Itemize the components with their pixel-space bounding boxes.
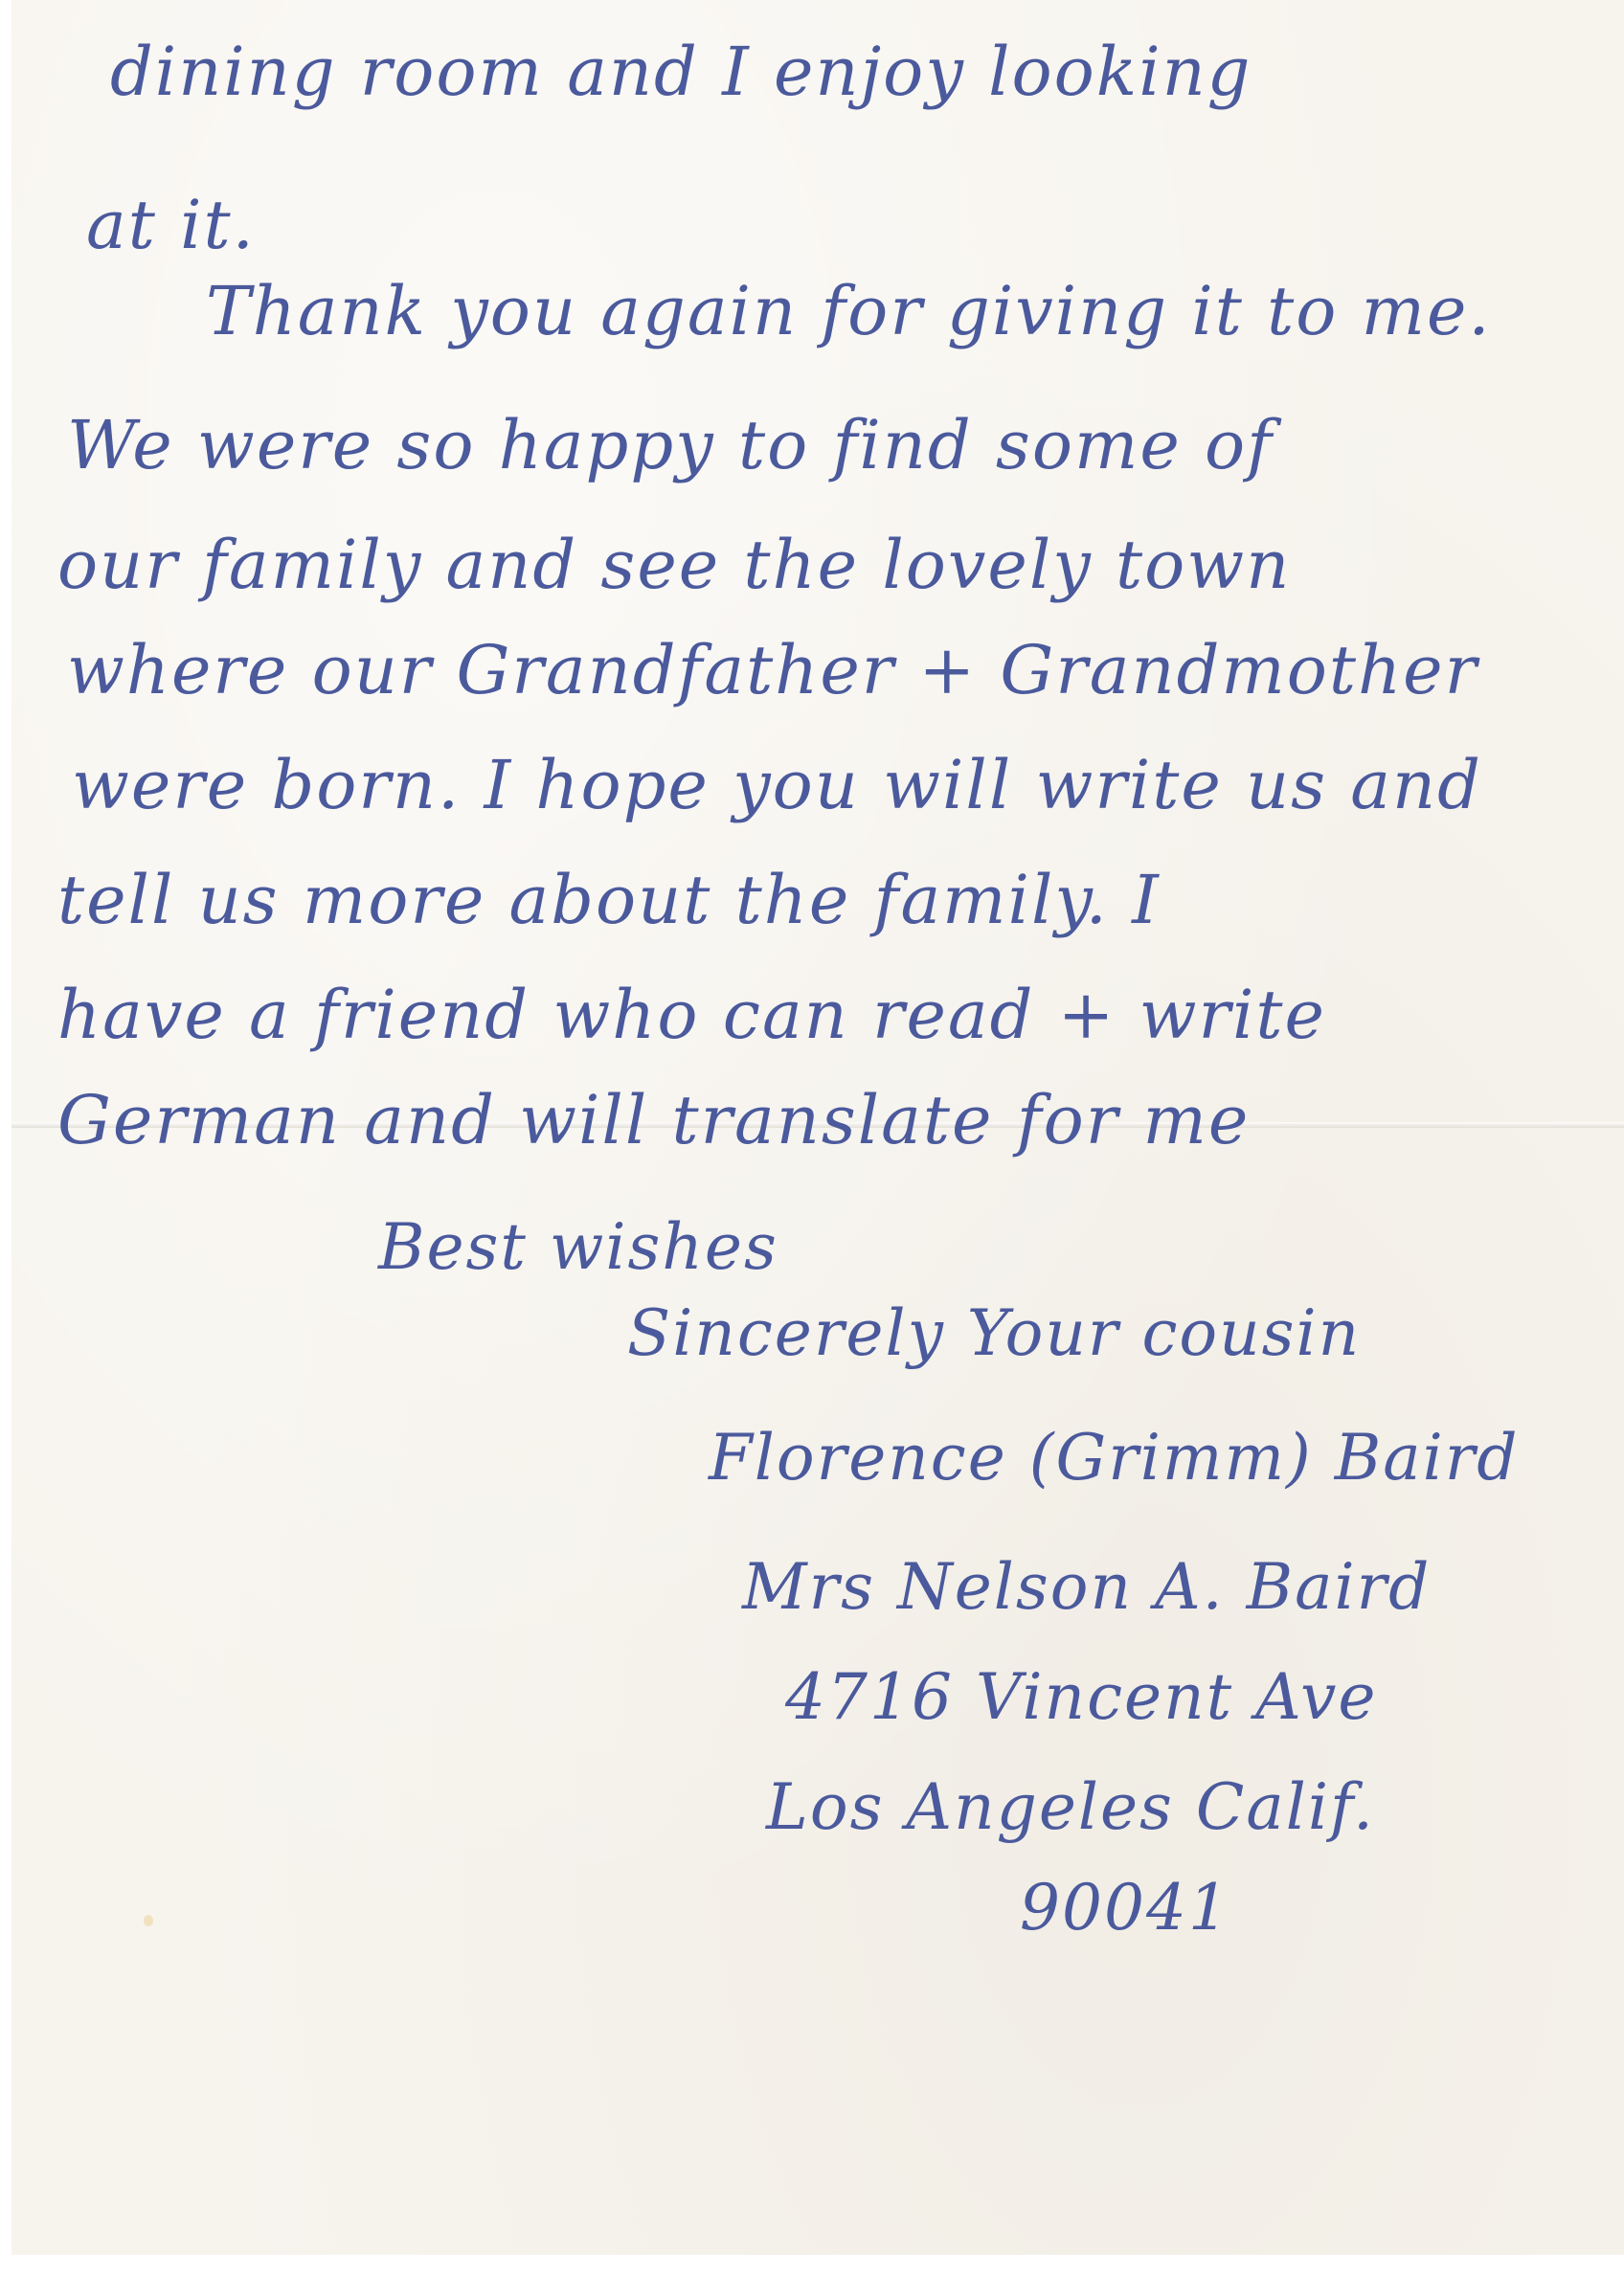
scanned-letter: dining room and I enjoy looking at it. T… [0, 0, 1624, 2294]
letter-line-4: We were so happy to find some of [67, 412, 1274, 479]
letter-line-5: our family and see the lovely town [57, 531, 1291, 598]
closing-salutation: Best wishes [378, 1216, 778, 1279]
closing-valediction: Sincerely Your cousin [627, 1302, 1361, 1365]
letter-line-8: tell us more about the family. I [57, 866, 1161, 933]
signature-name: Florence (Grimm) Baird [709, 1427, 1520, 1490]
address-zip: 90041 [1020, 1877, 1230, 1940]
letter-line-10: German and will translate for me [57, 1087, 1250, 1154]
letter-line-9: have a friend who can read + write [57, 981, 1326, 1048]
letter-line-3: Thank you again for giving it to me. [206, 278, 1492, 345]
address-city: Los Angeles Calif. [766, 1776, 1375, 1839]
letter-line-6: where our Grandfather + Grandmother [67, 637, 1478, 704]
signature-formal-name: Mrs Nelson A. Baird [742, 1556, 1431, 1619]
address-street: 4716 Vincent Ave [785, 1666, 1377, 1729]
letter-line-2: at it. [86, 191, 256, 259]
paper-stain [144, 1915, 153, 1926]
letter-line-7: were born. I hope you will write us and [72, 752, 1482, 819]
letter-line-1: dining room and I enjoy looking [110, 38, 1252, 105]
